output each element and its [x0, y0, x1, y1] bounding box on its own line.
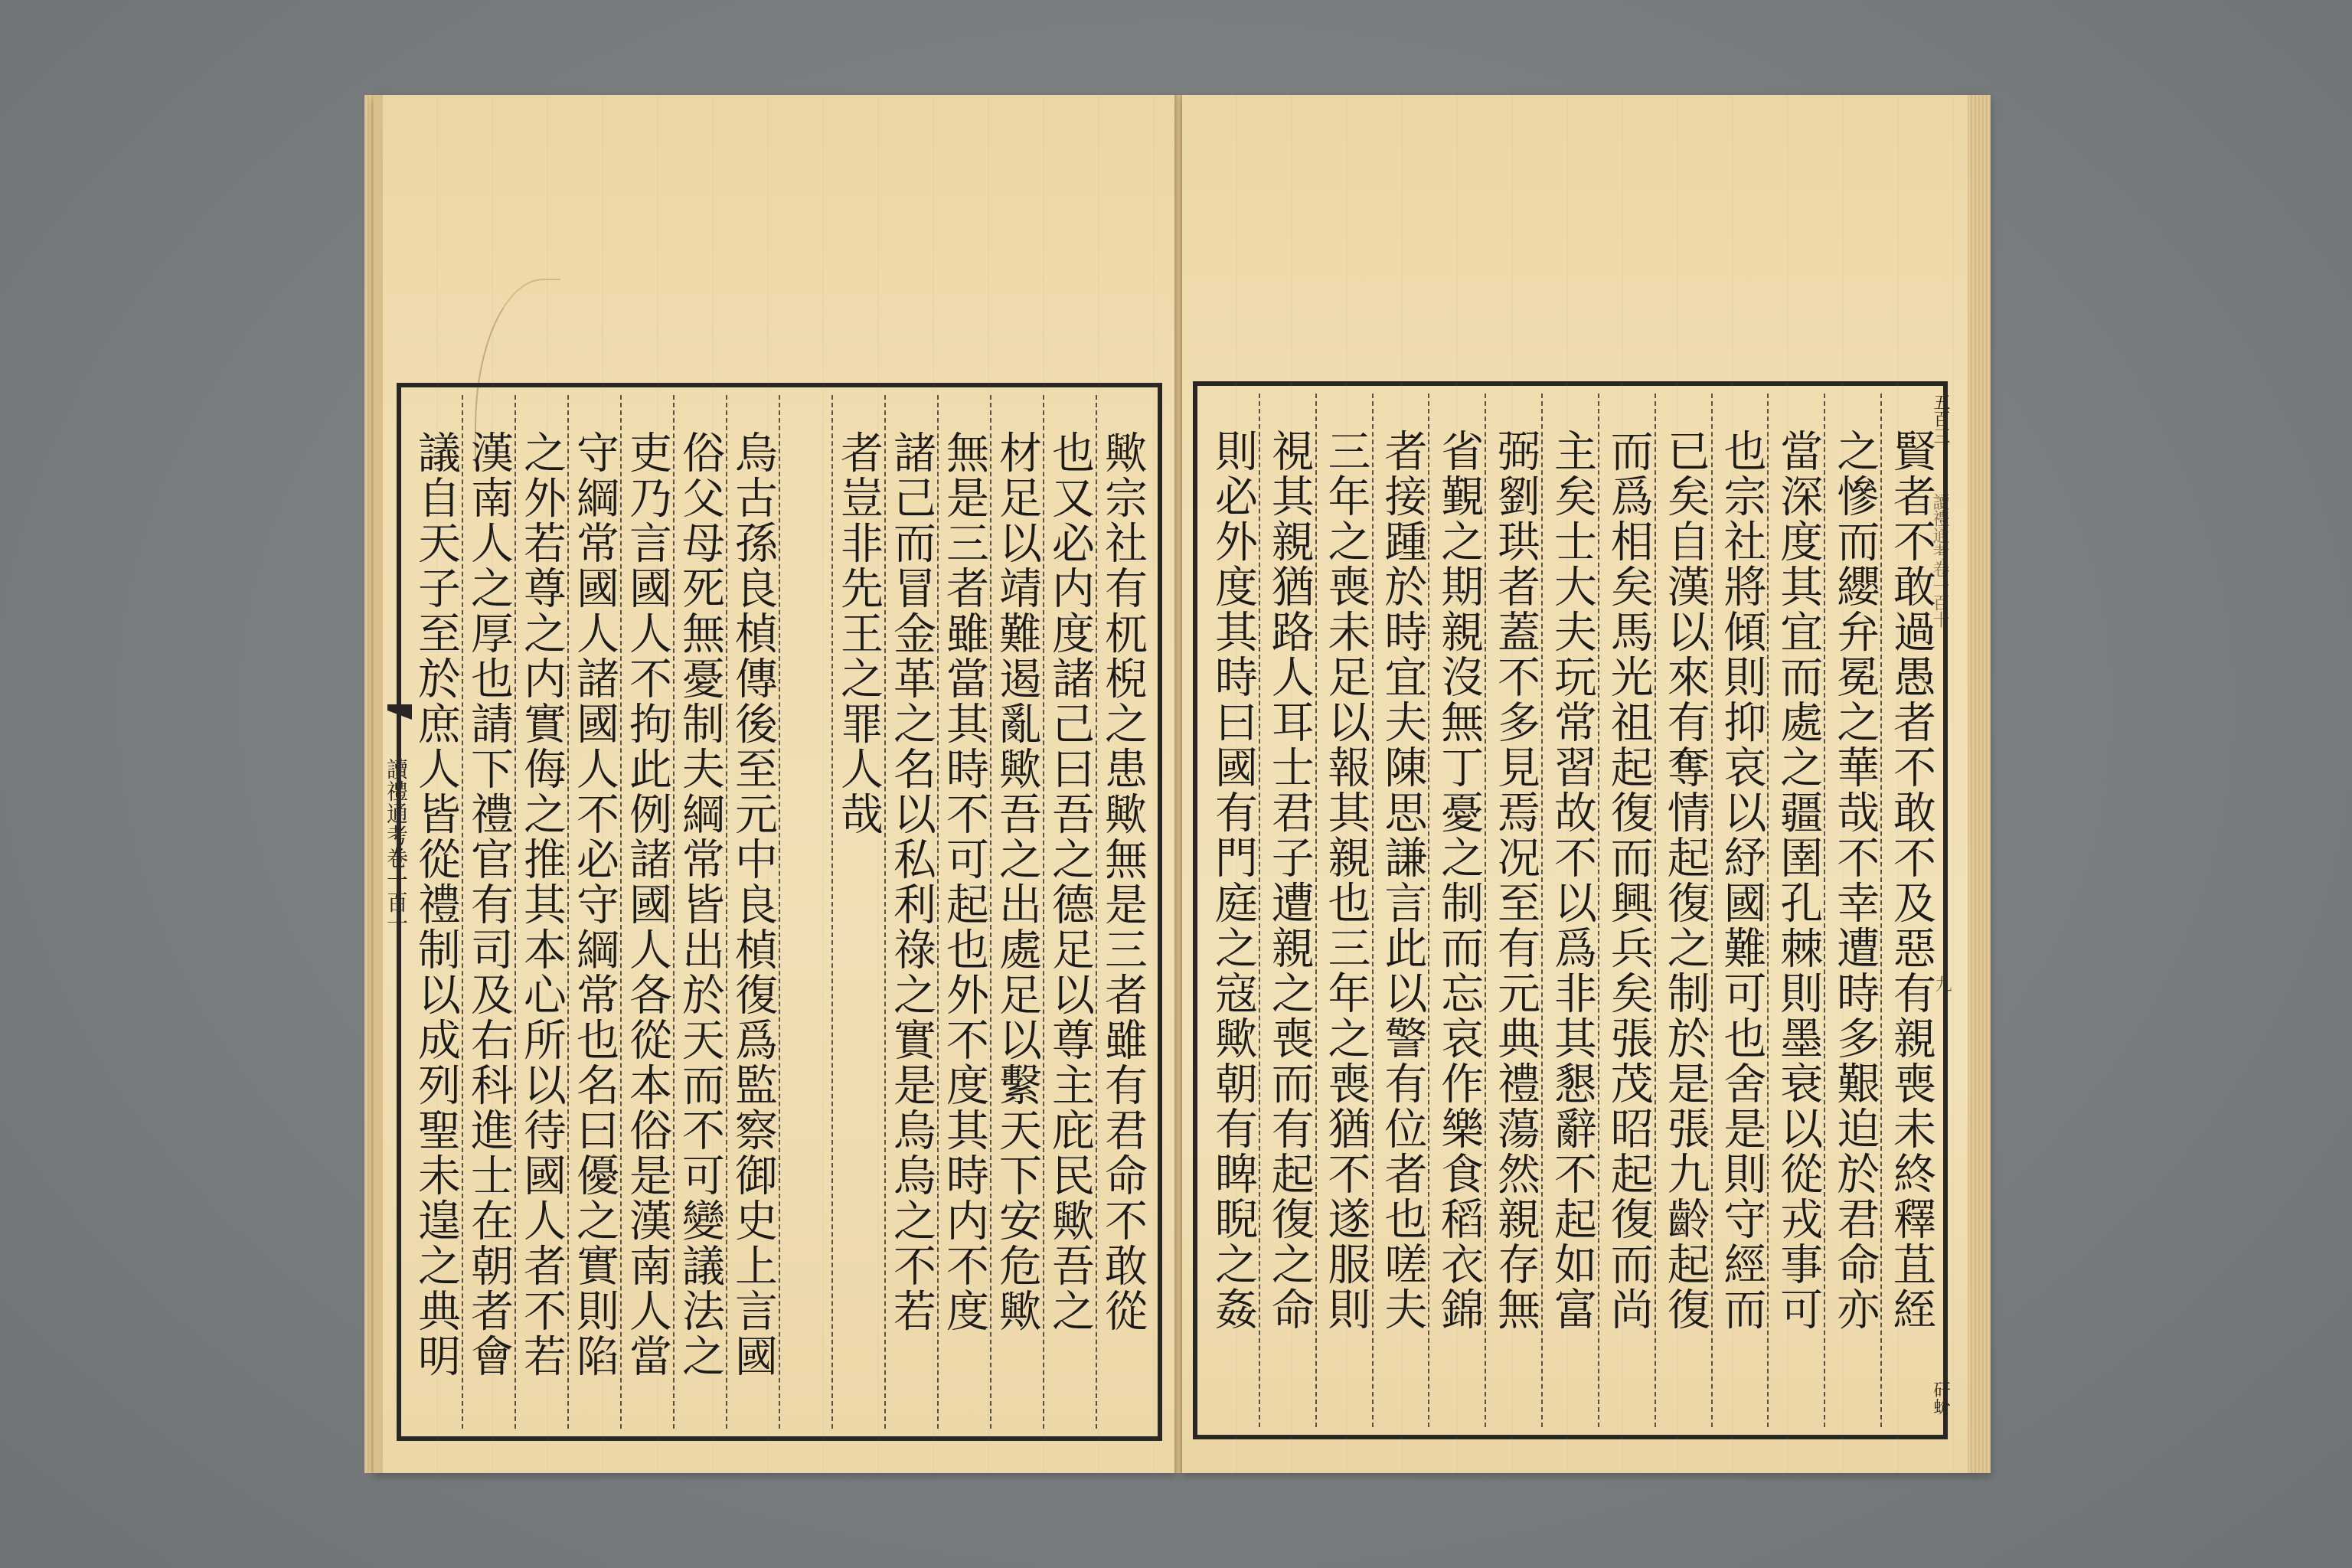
right-page-frame: 賢者不敢過愚者不敢不及惡有親喪未終釋苴絰 之慘而纓弁冕之華哉不幸遭時多艱迫於君命…: [1193, 381, 1948, 1439]
text-column: 視其親猶路人耳士君子遭親之喪而有起復之命: [1259, 394, 1315, 1427]
text-column: 之慘而纓弁冕之華哉不幸遭時多艱迫於君命亦: [1824, 394, 1880, 1427]
text-column: 而爲相矣馬光祖起復而興兵矣張茂昭起復而尚: [1598, 394, 1655, 1427]
text-column: 吏乃言國人不拘此例諸國人各從本俗是漢南人當: [620, 395, 673, 1429]
text-column: 漢南人之厚也請下禮官有司及右科進士在朝者會: [462, 395, 514, 1429]
text-column: 之外若尊之内實侮之推其本心所以待國人者不若: [514, 395, 567, 1429]
right-fore-edge: [1968, 95, 1991, 1473]
text-column: 當深度其宜而處之疆圉孔棘則墨衰以從戎事可: [1767, 394, 1824, 1427]
text-column: 諸己而冒金革之名以私利祿之實是烏烏之不若: [884, 395, 937, 1429]
right-page-text-columns: 賢者不敢過愚者不敢不及惡有親喪未終釋苴絰 之慘而纓弁冕之華哉不幸遭時多艱迫於君命…: [1204, 394, 1937, 1427]
text-column: 材足以靖難遏亂歟吾之出處足以繫天下安危歟: [990, 395, 1043, 1429]
text-column: 已矣自漢以來有奪情起復之制於是張九齡起復: [1655, 394, 1711, 1427]
right-page-edge-title: 讀禮通考卷一百十: [1929, 493, 1949, 628]
text-column: 主矣士大夫玩常習故不以爲非其懇辭不起如富: [1541, 394, 1598, 1427]
left-page-frame: 歟宗社有杌棿之患歟無是三者雖有君命不敢從 也又必内度諸己曰吾之德足以尊主庇民歟吾…: [397, 383, 1162, 1441]
text-column: 弼劉珙者蓋不多見焉况至有元典禮蕩然親存無: [1485, 394, 1541, 1427]
text-column: 議自天子至於庶人皆從禮制以成列聖未遑之典明: [410, 395, 462, 1429]
text-column: 者接踵於時宜夫陳思謙言此以警有位者也嗟夫: [1372, 394, 1429, 1427]
text-column: 俗父母死無憂制夫綱常皆出於天而不可變議法之: [673, 395, 726, 1429]
right-page-header-number: 五百三: [1931, 394, 1949, 444]
text-column: 省覲之期親沒無丁憂之制而忘哀作樂食稻衣錦: [1428, 394, 1485, 1427]
left-page-text-columns: 歟宗社有杌棿之患歟無是三者雖有君命不敢從 也又必内度諸己曰吾之德足以尊主庇民歟吾…: [410, 395, 1148, 1429]
open-book: 讀禮通考卷一百十 歟宗社有杌棿之患歟無是三者雖有君命不敢從 也又必内度諸己曰吾之…: [374, 95, 1991, 1473]
right-page-mid-mark: 九: [1932, 975, 1951, 992]
text-column: 者豈非先王之罪人哉: [831, 395, 884, 1429]
text-column: 三年之喪未足以報其親也三年之喪猶不遂服則: [1315, 394, 1372, 1427]
text-column: 也宗社將傾則抑哀以紓國難可也舍是則守經而: [1711, 394, 1768, 1427]
text-column: 賢者不敢過愚者不敢不及惡有親喪未終釋苴絰: [1880, 394, 1937, 1427]
right-page: 賢者不敢過愚者不敢不及惡有親喪未終釋苴絰 之慘而纓弁冕之華哉不幸遭時多艱迫於君命…: [1182, 95, 1991, 1473]
text-column: 無是三者雖當其時不可起也外不度其時内不度: [937, 395, 990, 1429]
left-page: 讀禮通考卷一百十 歟宗社有杌棿之患歟無是三者雖有君命不敢從 也又必内度諸己曰吾之…: [374, 95, 1176, 1473]
text-column: 歟宗社有杌棿之患歟無是三者雖有君命不敢從: [1096, 395, 1148, 1429]
right-page-footer-mark: 矸蚧: [1931, 1381, 1949, 1415]
text-column: 守綱常國人諸國人不必守綱常也名曰優之實則陷: [567, 395, 620, 1429]
text-column: 則必外度其時曰國有門庭之寇歟朝有睥睨之姦: [1204, 394, 1259, 1427]
text-column: 烏古孫良楨傳後至元中良楨復爲監察御史上言國: [726, 395, 779, 1429]
left-fore-edge: [364, 95, 374, 1473]
blank-column: [779, 395, 831, 1429]
text-column: 也又必内度諸己曰吾之德足以尊主庇民歟吾之: [1043, 395, 1096, 1429]
